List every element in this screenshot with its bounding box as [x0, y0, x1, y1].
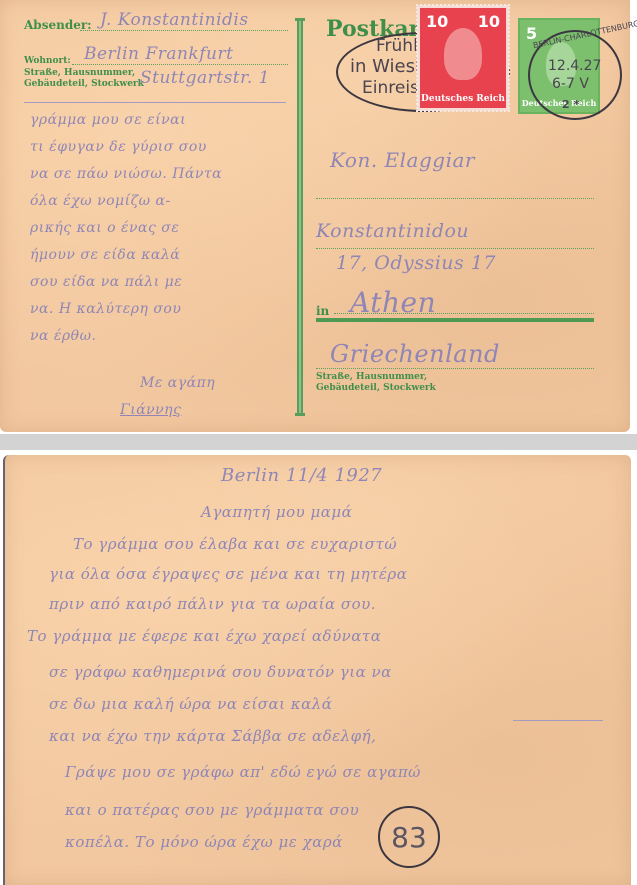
back-message-line: και να έχω την κάρτα Σάββα σε αδελφή,: [49, 727, 376, 745]
message-line: τι έφυγαν δε γύρισ σου: [30, 139, 207, 155]
stamp-caption: Deutsches Reich: [420, 94, 506, 104]
recipient-line-2: Konstantinidou: [316, 220, 469, 242]
wohnort-label: Wohnort:: [24, 56, 71, 66]
street-handwriting: Stuttgartstr. 1: [140, 68, 270, 88]
recipient-street-label-2: Gebäudeteil, Stockwerk: [316, 383, 436, 393]
signature: Γιάννης: [120, 402, 181, 418]
country-dotline: [316, 368, 594, 369]
back-message-line: πριν από καιρό πάλιν για τα ωραία σου.: [49, 595, 376, 613]
postmark-time: 6-7 V: [552, 76, 589, 92]
message-line: να σε πάω νιώσω. Πάντα: [30, 166, 222, 182]
city-underline: [316, 318, 594, 322]
postmark-code: 2 *: [562, 98, 579, 111]
postcard-back: Berlin 11/4 1927 Αγαπητή μου μαμά Το γρά…: [3, 455, 631, 885]
center-divider: [297, 18, 303, 416]
back-message-line: και ο πατέρας σου με γράμματα σου: [65, 801, 359, 819]
stamp-value-right: 10: [478, 12, 500, 31]
absender-handwriting: J. Konstantinidis: [100, 10, 249, 30]
recipient-city: Athen: [350, 286, 436, 319]
message-line: ρικής και ο ένας σε: [30, 220, 179, 236]
recipient-street-label-1: Straße, Hausnummer,: [316, 372, 427, 382]
portrait-icon: [444, 28, 482, 80]
recipient-country: Griechenland: [330, 340, 500, 368]
back-message-line: σε δω μια καλή ώρα να είσαι καλά: [49, 695, 332, 713]
back-message-line: σε γράφω καθημερινά σου δυνατόν για να: [49, 663, 392, 681]
stamp-value-left: 10: [426, 12, 448, 31]
back-underline: [513, 720, 603, 721]
back-message-line: Το γράμμα σου έλαβα και σε ευχαριστώ: [73, 535, 397, 553]
street-label-1: Straße, Hausnummer,: [24, 68, 135, 78]
date-line: Berlin 11/4 1927: [221, 465, 382, 486]
wohnort-line: [72, 64, 288, 65]
recipient-line-3: 17, Odyssius 17: [336, 252, 496, 274]
wohnort-handwriting: Berlin Frankfurt: [84, 44, 233, 64]
message-line: ήμουν σε είδα καλά: [30, 247, 180, 263]
recipient-dotline-1: [316, 198, 594, 199]
message-line: όλα έχω νομίζω α-: [30, 193, 171, 209]
closing-line: Με αγάπη: [140, 375, 215, 391]
back-message-line: κοπέλα. Το μόνο ώρα έχω με χαρά: [65, 833, 343, 851]
in-label: in: [316, 304, 329, 318]
recipient-line-1: Kon. Elaggiar: [330, 148, 475, 172]
censor-number-stamp: 83: [378, 806, 440, 868]
back-message-line: Γράψε μου σε γράφω απ' εδώ εγώ σε αγαπώ: [65, 763, 421, 781]
message-line: σου είδα να πάλι με: [30, 274, 182, 290]
back-message-line: Το γράμμα με έφερε και έχω χαρεί αδύνατα: [27, 627, 381, 645]
back-message-line: για όλα όσα έγραψες σε μένα και τη μητέρ…: [49, 565, 407, 583]
postcard-front: Absender: J. Konstantinidis Wohnort: Ber…: [0, 0, 630, 432]
stamp-number: 83: [391, 821, 427, 854]
absender-line: [80, 30, 288, 31]
postmark-date: 12.4.27: [548, 58, 601, 74]
separator-gap: [0, 434, 637, 450]
message-line: να έρθω.: [30, 328, 96, 344]
message-line: γράμμα μου σε είναι: [30, 112, 186, 128]
recipient-dotline-2: [316, 248, 594, 249]
greeting: Αγαπητή μου μαμά: [201, 503, 352, 521]
sender-underline: [24, 102, 286, 103]
message-line: να. Η καλύτερη σου: [30, 301, 181, 317]
street-label-2: Gebäudeteil, Stockwerk: [24, 79, 144, 89]
stamp-10-pfennig: 10 10 Deutsches Reich: [420, 8, 506, 108]
